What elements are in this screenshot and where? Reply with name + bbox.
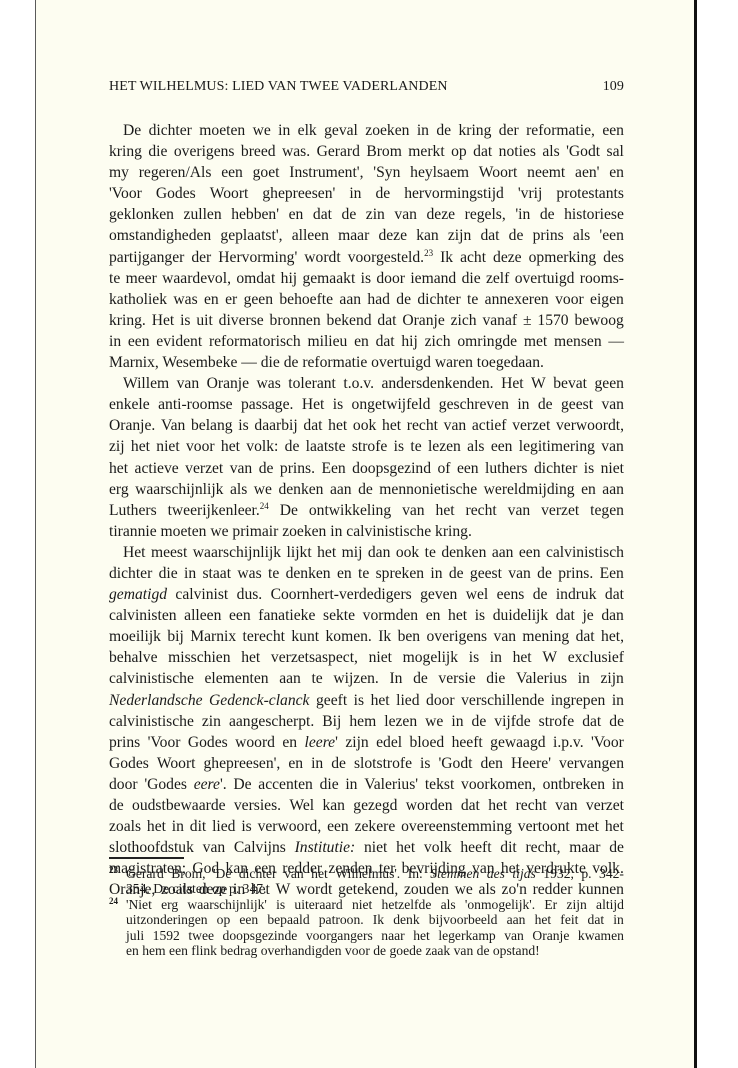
text-line: zijhetnietvoorhetvolk:delaatstestrofeist… xyxy=(109,436,624,457)
text-line: calvinistischeelementenaantewijzen.Indev… xyxy=(109,668,624,689)
text-line: zoalshetinditliedisverwoord,eenzekereove… xyxy=(109,816,624,837)
text-line: myregeren/AlseengoetInstrument','Synheyl… xyxy=(109,162,624,183)
text-line: geklonkenzullenhebben'endatdezinvandezer… xyxy=(109,204,624,225)
text-line: Marnix, Wesembeke — die de reformatie ov… xyxy=(109,352,624,373)
footnotes: 23 GerardBrom,'DedichtervanhetWilhelmus'… xyxy=(109,866,624,958)
text-line: calvinistischezinaangescherpt.Bijhemleze… xyxy=(109,711,624,732)
text-line: enkeleanti-roomsepassage.Hetisongetwijfe… xyxy=(109,394,624,415)
text-line: dichterdieinstaatwastedenkenentesprekeni… xyxy=(109,563,624,584)
text-line: Dedichtermoetenweinelkgevalzoekenindekri… xyxy=(109,120,624,141)
page-right-shadow-bar xyxy=(694,0,697,1068)
running-head: HET WILHELMUS: LIED VAN TWEE VADERLANDEN… xyxy=(109,79,624,95)
text-line: calvinistenalleeneenfanatiekesektevormde… xyxy=(109,605,624,626)
text-line: slothoofdstukvanCalvijnsInstitutie:nieth… xyxy=(109,837,624,858)
text-line: 'VoorGodesWoortghepreesen'indehervorming… xyxy=(109,183,624,204)
text-line: kringdieoverigensbreedwas.GerardBrommerk… xyxy=(109,141,624,162)
text-line: katholiekwasenergeenbehoefteaanhaddedich… xyxy=(109,289,624,310)
text-line: GodesWoortghepreesen',enindeslotstrofeis… xyxy=(109,753,624,774)
text-line: moeilijkbijMarnixterechtkuntkomen.Ikbeno… xyxy=(109,626,624,647)
text-line: NederlandscheGedenck-clanckgeeftishetlie… xyxy=(109,690,624,711)
footnote-number: 23 xyxy=(109,863,118,878)
text-line: hetactieveverzetvandeprins.Eendoopsgezin… xyxy=(109,458,624,479)
running-head-title: HET WILHELMUS: LIED VAN TWEE VADERLANDEN xyxy=(109,79,448,95)
text-line: ergwaarschijnlijkalswedenkenaandemennoni… xyxy=(109,479,624,500)
text-line: WillemvanOranjewastolerantt.o.v.andersde… xyxy=(109,373,624,394)
footnote-separator xyxy=(109,857,184,859)
footnote-ref-24[interactable]: 24 xyxy=(260,501,269,511)
text-line: prins'VoorGodeswoordenleere'zijnedelbloe… xyxy=(109,732,624,753)
footnote-24: 24 'Nietergwaarschijnlijk'isuiteraardnie… xyxy=(109,897,624,959)
footnote-number: 24 xyxy=(109,894,118,909)
text-line: behalvemisschienhetverzetsaspect,nietmog… xyxy=(109,647,624,668)
text-line: kring.HetisuitdiversebronnenbekenddatOra… xyxy=(109,310,624,331)
page-number: 109 xyxy=(603,79,624,95)
text-line: omstandighedengeplaatst',alleenmaardezek… xyxy=(109,225,624,246)
text-line: door'Godeseere'.DeaccentendieinValerius'… xyxy=(109,774,624,795)
text-line: Hetmeestwaarschijnlijklijkthetmijdanookt… xyxy=(109,542,624,563)
text-line: deoudstbewaardeversies.Welkangezegdworde… xyxy=(109,795,624,816)
text-line: tirannie moeten we primair zoeken in cal… xyxy=(109,521,624,542)
text-line: partijgangerderHervorming'wordtvoorgeste… xyxy=(109,247,624,268)
text-line: ineenevidentreformatorischmilieuendathij… xyxy=(109,331,624,352)
body-text: Dedichtermoetenweinelkgevalzoekenindekri… xyxy=(109,120,624,900)
text-line: gematigdcalvinistdus.Coornhert-verdedige… xyxy=(109,584,624,605)
footnote-ref-23[interactable]: 23 xyxy=(424,248,433,258)
text-line: Lutherstweerijkenleer.24Deontwikkelingva… xyxy=(109,500,624,521)
text-line: Oranje.Vanbelangisdaarbijdathetookhetrec… xyxy=(109,415,624,436)
footnote-23: 23 GerardBrom,'DedichtervanhetWilhelmus'… xyxy=(109,866,624,897)
text-line: temeerwaardevol,omdathijgemaaktisdooriem… xyxy=(109,268,624,289)
